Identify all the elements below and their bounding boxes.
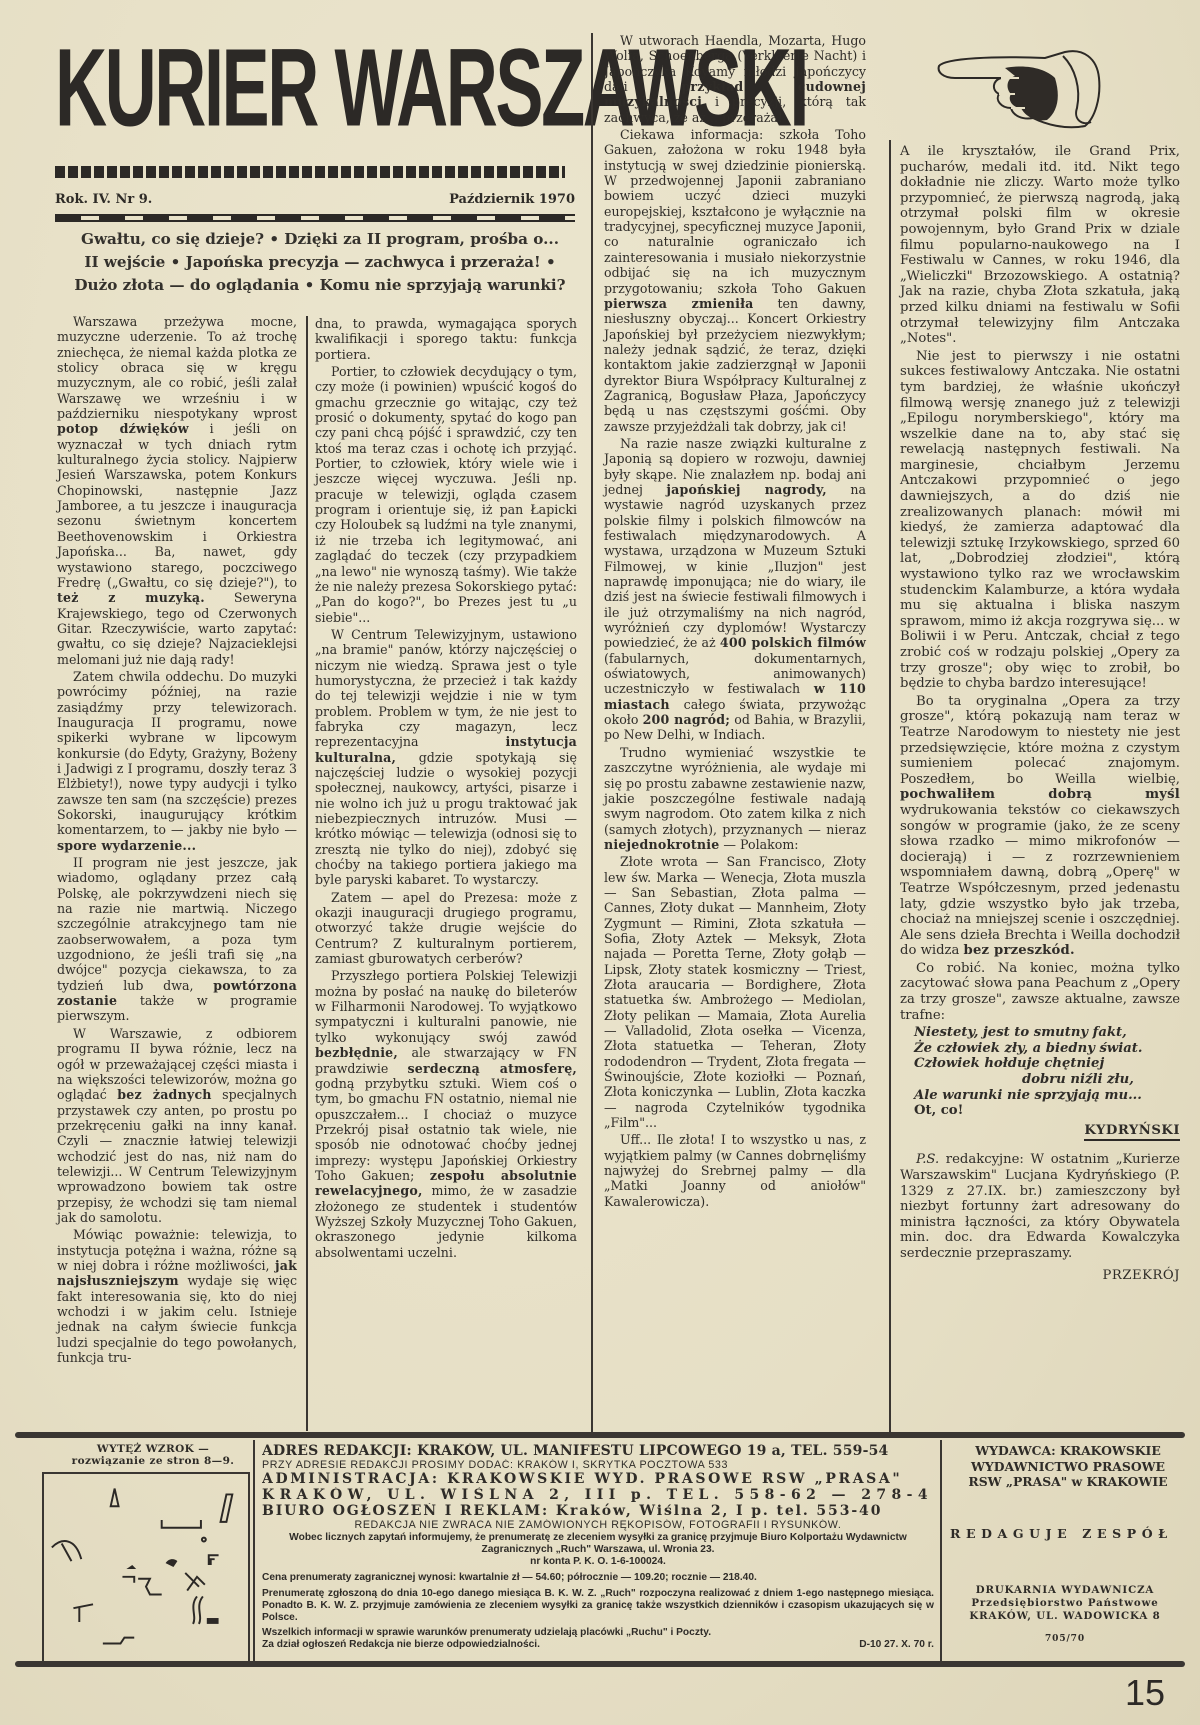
verse-end: Ot, co! [914, 1103, 1180, 1119]
article-column-2: dna, to prawda, wymagająca sporych kwali… [315, 316, 577, 1262]
emphasis: instytucja kulturalna, [315, 734, 577, 764]
article-paragraph: II program nie jest jeszcze, jak wiadomo… [57, 855, 297, 1024]
headline-line: Dużo złota — do oglądania • Komu nie spr… [60, 274, 580, 297]
verse-line: dobru niźli złu, [914, 1072, 1180, 1088]
subscription-terms: Prenumeratę zgłoszoną do dnia 10-ego dan… [262, 1588, 934, 1624]
verse-line: Człowiek hołduje chętniej [914, 1056, 1180, 1072]
article-paragraph: Złote wrota — San Francisco, Złoty lew ś… [604, 854, 866, 1130]
footer-bottom-rule [15, 1661, 1185, 1667]
masthead-logo: Kurier Warszawski [55, 28, 473, 178]
ps-text: redakcyjne: W ostatnim „Kurierze Warszaw… [900, 1152, 1180, 1261]
emphasis: spore wydarzenie... [57, 838, 196, 853]
verse-line: Ale warunki nie sprzyjają mu... [914, 1088, 1180, 1104]
printing-house: DRUKARNIA WYDAWNICZA Przedsiębiorstwo Pa… [950, 1584, 1180, 1646]
verse-line: Niestety, jest to smutny fakt, [914, 1025, 1180, 1041]
emphasis: bezbłędnie, [315, 1045, 398, 1060]
article-paragraph: W Warszawie, z odbiorem programu II bywa… [57, 1026, 297, 1225]
emphasis: bez żadnych [117, 1087, 211, 1102]
emphasis: przykład cudownej muzykalności [604, 79, 866, 109]
emphasis: potop dźwięków [57, 421, 189, 436]
article-paragraph: Warszawa przeżywa mocne, muzyczne uderze… [57, 314, 297, 667]
order-number: 705/70 [950, 1633, 1180, 1646]
newspaper-page: Kurier Warszawski Rok. IV. Nr 9. Paździe… [0, 0, 1200, 1725]
print-code: D-10 27. X. 70 r. [859, 1639, 934, 1651]
article-column-1: Warszawa przeżywa mocne, muzyczne uderze… [57, 314, 297, 1367]
song-verse: Niestety, jest to smutny fakt, Że człowi… [900, 1025, 1180, 1119]
author-signature: KYDRYŃSKI [900, 1123, 1180, 1139]
article-paragraph: Bo ta oryginalna „Opera za trzy grosze",… [900, 694, 1180, 959]
headline-line: II wejście • Japońska precyzja — zachwyc… [60, 251, 580, 274]
address-note: PRZY ADRESIE REDAKCJI PROSIMY DODAĆ: KRA… [262, 1459, 934, 1471]
footer-column-rule [253, 1440, 255, 1662]
emphasis: zespołu absolutnie rewelacyjnego, [315, 1168, 577, 1198]
masthead-dotted-rule [55, 166, 565, 178]
administration-address: KRAKÓW, UL. WIŚLNA 2, III p. TEL. 558-62… [262, 1487, 934, 1503]
subscription-info: Wobec licznych zapytań informujemy, że p… [262, 1532, 934, 1556]
issue-info: Rok. IV. Nr 9. Październik 1970 [55, 192, 575, 207]
column-rule [889, 140, 891, 1435]
bank-account: nr konta P. K. O. 1-6-100024. [262, 1556, 934, 1568]
emphasis: pierwsza zmieniła [604, 296, 753, 311]
emphasis: 200 nagród; [643, 712, 731, 727]
article-paragraph: A ile kryształów, ile Grand Prix, puchar… [900, 144, 1180, 347]
emphasis: powtórzona zostanie [57, 978, 297, 1008]
subscription-price: Cena prenumeraty zagranicznej wynosi: kw… [262, 1572, 934, 1584]
footer-column-rule [940, 1440, 942, 1662]
article-paragraph: W Centrum Telewizyjnym, ustawiono „na br… [315, 627, 577, 888]
headline-line: Gwałtu, co się dzieje? • Dzięki za II pr… [60, 228, 580, 251]
puzzle-solution-box [42, 1472, 250, 1662]
column-rule [591, 33, 593, 1433]
emphasis: bez przeszkód. [964, 943, 1075, 958]
emphasis: 400 polskich filmów [720, 635, 866, 650]
pointing-hand-icon [935, 38, 1105, 133]
article-column-4: A ile kryształów, ile Grand Prix, puchar… [900, 144, 1180, 1285]
emphasis: serdeczną atmosferę, [408, 1061, 577, 1076]
imprint: ADRES REDAKCJI: KRAKÓW, UL. MANIFESTU LI… [262, 1443, 934, 1651]
article-column-3: W utworach Haendla, Mozarta, Hugo Wolfa,… [604, 33, 866, 1211]
dashed-rule [55, 214, 575, 222]
issue-number: Rok. IV. Nr 9. [55, 192, 152, 207]
article-paragraph: Nie jest to pierwszy i nie ostatni sukce… [900, 349, 1180, 692]
publisher: WYDAWCA: KRAKOWSKIE WYDAWNICTWO PRASOWE … [948, 1443, 1188, 1490]
footer-top-rule [15, 1432, 1185, 1438]
page-number: 15 [1125, 1672, 1165, 1714]
administration: ADMINISTRACJA: KRAKOWSKIE WYD. PRASOWE R… [262, 1471, 934, 1487]
editorial-postscript: P.S. redakcyjne: W ostatnim „Kurierze Wa… [900, 1152, 1180, 1261]
article-paragraph: Przyszłego portiera Polskiej Telewizji m… [315, 968, 577, 1260]
puzzle-caption: WYTĘŻ WZROK — rozwiązanie ze stron 8—9. [58, 1443, 248, 1467]
emphasis: w 110 miastach [604, 681, 866, 711]
ads-office: BIURO OGŁOSZEŃ I REKLAM: Kraków, Wiślna … [262, 1503, 934, 1519]
masthead: Kurier Warszawski [55, 28, 565, 148]
column-rule [306, 316, 308, 1431]
article-paragraph: Zatem — apel do Prezesa: może z okazji i… [315, 890, 577, 967]
issue-date: Październik 1970 [449, 192, 575, 207]
editorial-address: ADRES REDAKCJI: KRAKÓW, UL. MANIFESTU LI… [262, 1443, 934, 1459]
article-paragraph: Zatem chwila oddechu. Do muzyki powrócim… [57, 669, 297, 853]
article-paragraph: Mówiąc poważnie: telewizja, to instytucj… [57, 1227, 297, 1365]
emphasis: też z muzyką. [57, 590, 205, 605]
editorial-team: REDAGUJE ZESPÓŁ [950, 1526, 1190, 1541]
ads-disclaimer: Za dział ogłoszeń Redakcja nie bierze od… [262, 1639, 540, 1651]
article-paragraph: dna, to prawda, wymagająca sporych kwali… [315, 316, 577, 362]
headline: Gwałtu, co się dzieje? • Dzięki za II pr… [60, 228, 580, 297]
article-column-4-body: A ile kryształów, ile Grand Prix, puchar… [900, 144, 1180, 1023]
article-paragraph: Uff... Ile złota! I to wszystko u nas, z… [604, 1132, 866, 1209]
article-paragraph: Co robić. Na koniec, można tylko zacytow… [900, 961, 1180, 1023]
no-return-notice: REDAKCJA NIE ZWRACA NIE ZAMÓWIONYCH RĘKO… [262, 1519, 934, 1531]
puzzle-shapes-icon [44, 1474, 248, 1662]
article-paragraph: Ciekawa informacja: szkoła Toho Gakuen, … [604, 127, 866, 434]
emphasis: jak najsłuszniejszym [57, 1258, 297, 1288]
emphasis: niejednokrotnie [604, 837, 719, 852]
emphasis: pochwaliłem dobrą myśl [900, 787, 1180, 802]
ps-label: P.S. [916, 1152, 939, 1167]
info-line: Wszelkich informacji w sprawie warunków … [262, 1627, 934, 1639]
emphasis: japońskiej nagrody, [666, 482, 826, 497]
article-paragraph: Portier, to człowiek decydujący o tym, c… [315, 364, 577, 625]
article-paragraph: Trudno wymieniać wszystkie te zaszczytne… [604, 745, 866, 852]
ps-signature: PRZEKRÓJ [900, 1268, 1180, 1284]
article-paragraph: W utworach Haendla, Mozarta, Hugo Wolfa,… [604, 33, 866, 125]
article-paragraph: Na razie nasze związki kulturalne z Japo… [604, 436, 866, 743]
verse-line: Że człowiek zły, a biedny świat. [914, 1041, 1180, 1057]
